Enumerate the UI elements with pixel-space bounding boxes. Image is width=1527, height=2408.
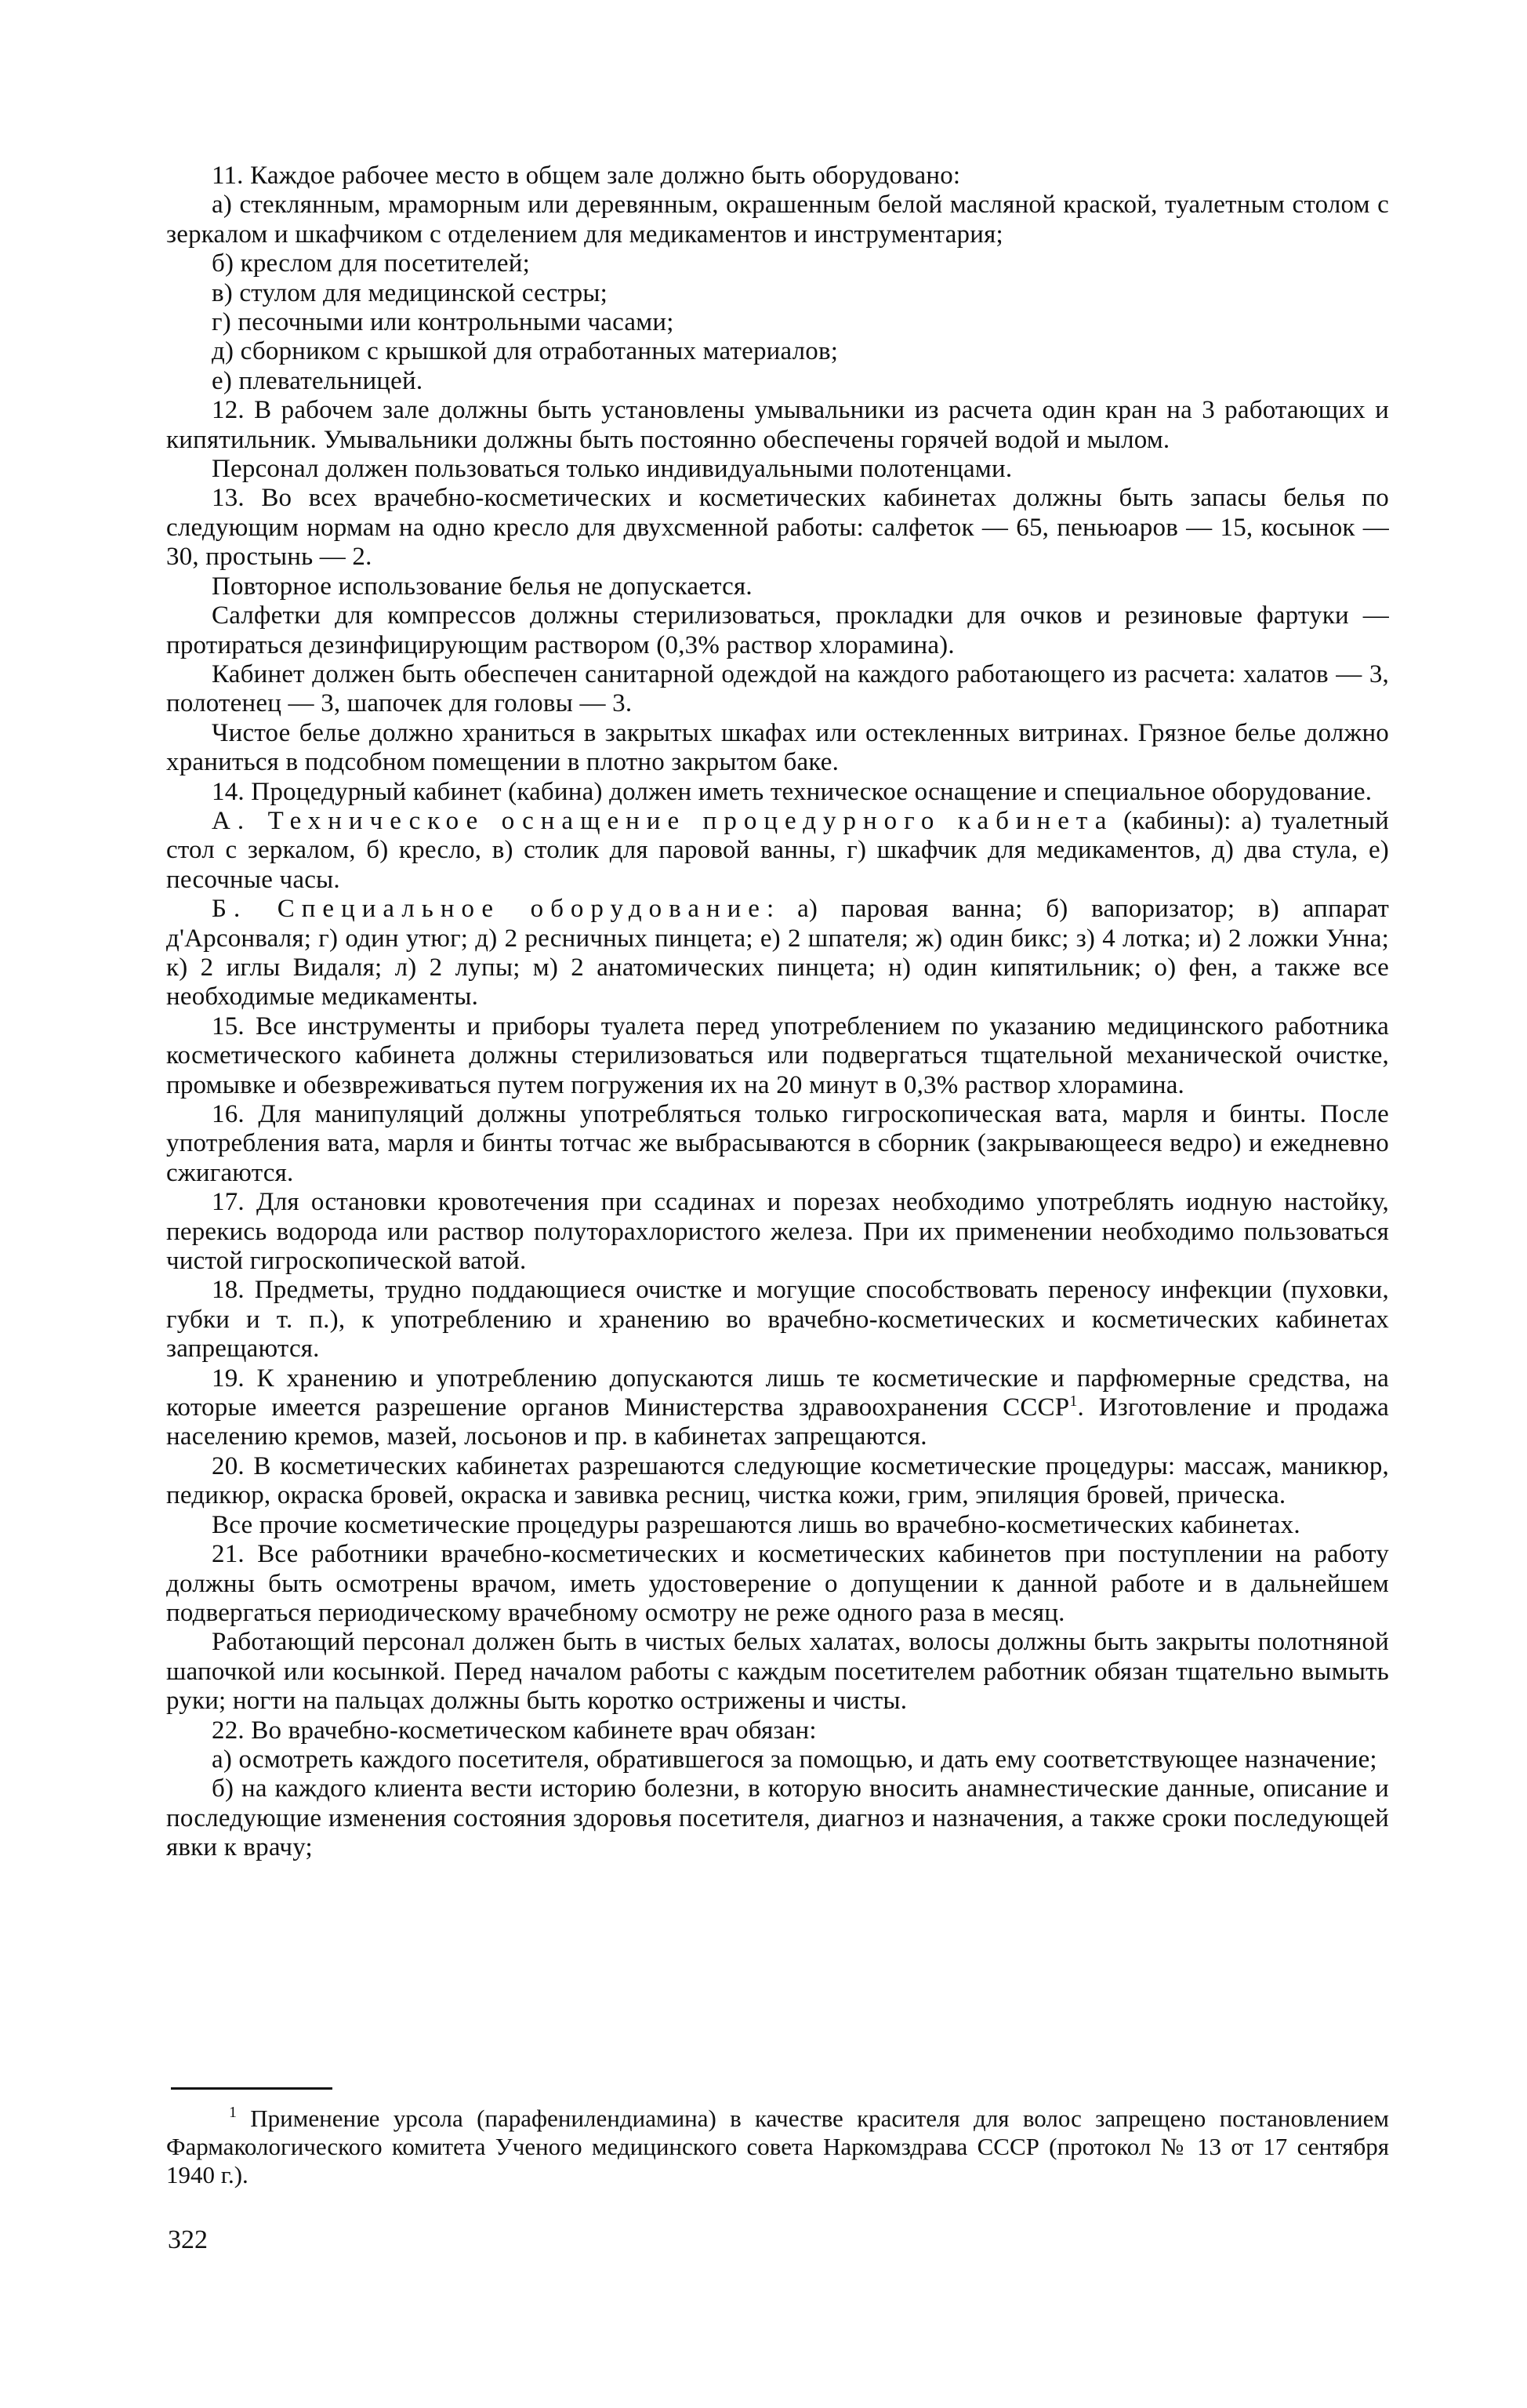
paragraph-21: 21. Все работники врачебно-косметических… (166, 1540, 1389, 1628)
footnote-marker: 1 (229, 2104, 237, 2121)
paragraph-14a-technical: А. Техническое оснащение процедурного ка… (166, 807, 1389, 895)
paragraph-13-linen-storage: Чистое белье должно храниться в закрытых… (166, 719, 1389, 778)
paragraph-19: 19. К хранению и употреблению допускаютс… (166, 1364, 1389, 1452)
paragraph-14b-special: Б. Специальное оборудование: а) паровая … (166, 895, 1389, 1012)
spaced-heading: Б. Специальное оборудование (212, 895, 767, 923)
paragraph-20: 20. В косметических кабинетах разрешаютс… (166, 1452, 1389, 1511)
paragraph-12: 12. В рабочем зале должны быть установле… (166, 396, 1389, 455)
paragraph-11d: д) сборником с крышкой для отработанных … (166, 337, 1389, 366)
footnotes: 1 Применение урсола (парафенилендиамина)… (166, 2105, 1389, 2189)
footnote-divider (171, 2087, 332, 2090)
paragraph-11v: в) стулом для медицинской сестры; (166, 279, 1389, 308)
paragraph-20-other: Все прочие косметические процедуры разре… (166, 1511, 1389, 1540)
paragraph-11g: г) песочными или контрольными часами; (166, 308, 1389, 337)
footnote-text: Применение урсола (парафенилендиамина) в… (166, 2105, 1389, 2188)
paragraph-22b: б) на каждого клиента вести историю боле… (166, 1774, 1389, 1862)
paragraph-15: 15. Все инструменты и приборы туалета пе… (166, 1012, 1389, 1100)
paragraph-11e: е) плевательницей. (166, 367, 1389, 396)
paragraph-13-napkins: Салфетки для компрессов должны стерилизо… (166, 601, 1389, 660)
paragraph-14: 14. Процедурный кабинет (кабина) должен … (166, 778, 1389, 807)
page-body: 11. Каждое рабочее место в общем зале до… (166, 162, 1389, 1863)
paragraph-13-reuse: Повторное использование белья не допуска… (166, 572, 1389, 601)
paragraph-22: 22. Во врачебно-косметическом кабинете в… (166, 1716, 1389, 1745)
paragraph-16: 16. Для манипуляций должны употребляться… (166, 1100, 1389, 1188)
paragraph-13-clothing: Кабинет должен быть обеспечен санитарной… (166, 660, 1389, 719)
paragraph-11a: а) стеклянным, мраморным или деревянным,… (166, 191, 1389, 249)
footnote-1: 1 Применение урсола (парафенилендиамина)… (166, 2105, 1389, 2189)
page-number: 322 (168, 2225, 208, 2255)
footnote-ref: 1 (1069, 1393, 1077, 1410)
paragraph-22a: а) осмотреть каждого посетителя, обратив… (166, 1745, 1389, 1774)
paragraph-11b: б) креслом для посетителей; (166, 249, 1389, 278)
paragraph-18: 18. Предметы, трудно поддающиеся очистке… (166, 1276, 1389, 1364)
paragraph-21-staff: Работающий персонал должен быть в чистых… (166, 1628, 1389, 1716)
paragraph-12-towels: Персонал должен пользоваться только инди… (166, 455, 1389, 484)
paragraph-13: 13. Во всех врачебно-косметических и кос… (166, 484, 1389, 572)
paragraph-11: 11. Каждое рабочее место в общем зале до… (166, 162, 1389, 191)
paragraph-17: 17. Для остановки кровотечения при ссади… (166, 1188, 1389, 1276)
spaced-heading: А. Техническое оснащение процедурного ка… (212, 807, 1113, 835)
